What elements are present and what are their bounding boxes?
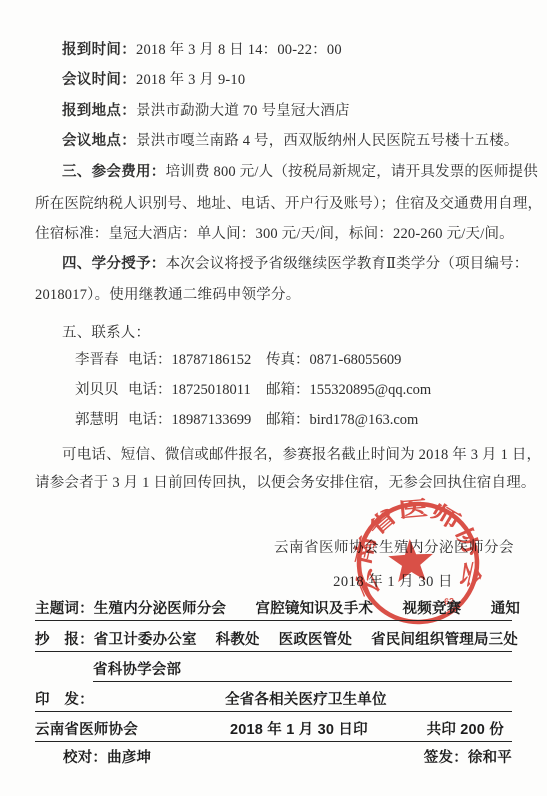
body-line: 可电话、短信、微信或邮件报名，参赛报名截止时间为 2018 年 3 月 1 日， [62, 447, 527, 464]
body-line: 报到时间：2018 年 3 月 8 日 14：00-22：00 [62, 42, 527, 59]
signature-date: 2018 年 1 月 30 日 [333, 570, 453, 591]
line-label: 会议地点： [62, 133, 136, 149]
body-line: 报到地点：景洪市勐泐大道 70 号皇冠大酒店 [62, 103, 527, 120]
contact-row: 李晋春电话：18787186152传真：0871-68055609 [75, 352, 401, 369]
footer-print-row: 印 发： 全省各相关医疗卫生单位 [35, 691, 512, 712]
contact-name: 刘贝贝 [75, 382, 128, 399]
print-date: 2018 年 1 月 30 日印 [230, 721, 368, 740]
body-line: 五、联系人： [62, 325, 527, 342]
scanned-notice-page: 报到时间：2018 年 3 月 8 日 14：00-22：00 会议时间：201… [0, 0, 547, 796]
footer-cc-row: 抄 报：省卫计委办公室 科教处 医政医管处 省民间组织管理局三处 [35, 631, 512, 652]
alt-value: 155320895@qq.com [310, 382, 432, 398]
line-text: 所在医院纳税人识别号、地址、电话、开户行及账号）；住宿及交通费用自理， [35, 196, 542, 212]
footer-subject-row: 主题词：生殖内分泌医师分会 宫腔镜知识及手术 视频竞赛 通知 [35, 600, 512, 621]
contact-phone: 电话：18987133699 [128, 412, 266, 429]
issuer-name: 云南省医师协会 [35, 722, 138, 738]
body-line: 会议地点：景洪市嘎兰南路 4 号，西双版纳州人民医院五号楼十五楼。 [62, 133, 527, 150]
phone-number: 18987133699 [172, 412, 252, 428]
footer-issuer-row: 云南省医师协会 2018 年 1 月 30 日印 共印 200 份 [35, 721, 512, 742]
proofreader: 校对：曲彦坤 [63, 750, 151, 766]
phone-label: 电话： [128, 412, 172, 428]
print-value: 全省各相关医疗卫生单位 [225, 691, 387, 710]
line-label: 四、学分授予： [62, 256, 166, 272]
alt-value: 0871-68055609 [310, 352, 402, 368]
line-text: 2018 年 3 月 8 日 14：00-22：00 [136, 42, 342, 58]
contact-alt: 邮箱：155320895@qq.com [266, 382, 431, 398]
contact-name: 郭慧明 [75, 412, 128, 429]
body-line: 四、学分授予：本次会议将授予省级继续医学教育Ⅱ类学分（项目编号： [62, 256, 527, 273]
copies-count: 共印 200 份 [427, 721, 504, 740]
line-text: 可电话、短信、微信或邮件报名，参赛报名截止时间为 2018 年 3 月 1 日， [62, 447, 541, 463]
phone-label: 电话： [128, 382, 172, 398]
contact-alt: 邮箱：bird178@163.com [266, 412, 418, 428]
footer-sign-row: 校对：曲彦坤 签发：徐和平 [35, 749, 512, 767]
line-text: 景洪市嘎兰南路 4 号，西双版纳州人民医院五号楼十五楼。 [136, 133, 519, 149]
line-text: 住宿标准：皇冠大酒店：单人间：300 元/天/间，标间：220-260 元/天/… [35, 226, 514, 242]
phone-label: 电话： [128, 352, 172, 368]
contact-alt: 传真：0871-68055609 [266, 352, 401, 368]
line-text: 五、联系人： [62, 325, 150, 341]
signature-org: 云南省医师协会生殖内分泌医师分会 [274, 536, 514, 557]
line-text: 本次会议将授予省级继续医学教育Ⅱ类学分（项目编号： [166, 256, 529, 272]
line-text: 请参会者于 3 月 1 日前回传回执，以便会务安排住宿，无参会回执住宿自理。 [35, 475, 536, 491]
contact-phone: 电话：18787186152 [128, 352, 266, 369]
print-label: 印 发： [35, 692, 94, 708]
signer: 签发：徐和平 [424, 749, 512, 768]
line-label: 会议时间： [62, 72, 136, 88]
line-text: 2018 年 3 月 9-10 [136, 72, 245, 88]
alt-label: 传真： [266, 352, 310, 368]
body-line: 三、参会费用：培训费 800 元/人（按税局新规定，请开具发票的医师提供 [62, 164, 527, 181]
line-label: 三、参会费用： [62, 164, 166, 180]
contact-row: 刘贝贝电话：18725018011邮箱：155320895@qq.com [75, 382, 431, 399]
alt-label: 邮箱： [266, 382, 310, 398]
alt-value: bird178@163.com [310, 412, 419, 428]
alt-label: 邮箱： [266, 412, 310, 428]
body-line: 2018017）。使用继教通二维码申领学分。 [35, 287, 527, 304]
contact-row: 郭慧明电话：18987133699邮箱：bird178@163.com [75, 412, 418, 429]
body-line: 请参会者于 3 月 1 日前回传回执，以便会务安排住宿，无参会回执住宿自理。 [35, 475, 527, 492]
contact-name: 李晋春 [75, 352, 128, 369]
line-text: 景洪市勐泐大道 70 号皇冠大酒店 [136, 103, 350, 119]
phone-number: 18725018011 [172, 382, 251, 398]
line-text: 培训费 800 元/人（按税局新规定，请开具发票的医师提供 [166, 164, 538, 180]
footer-cc2-row: 省科协学会部 [93, 661, 512, 682]
line-label: 报到时间： [62, 42, 136, 58]
phone-number: 18787186152 [172, 352, 252, 368]
body-line: 会议时间：2018 年 3 月 9-10 [62, 72, 527, 89]
contact-phone: 电话：18725018011 [128, 382, 266, 399]
body-line: 所在医院纳税人识别号、地址、电话、开户行及账号）；住宿及交通费用自理， [35, 196, 527, 213]
line-text: 2018017）。使用继教通二维码申领学分。 [35, 287, 300, 303]
line-label: 报到地点： [62, 103, 136, 119]
body-line: 住宿标准：皇冠大酒店：单人间：300 元/天/间，标间：220-260 元/天/… [35, 226, 527, 243]
